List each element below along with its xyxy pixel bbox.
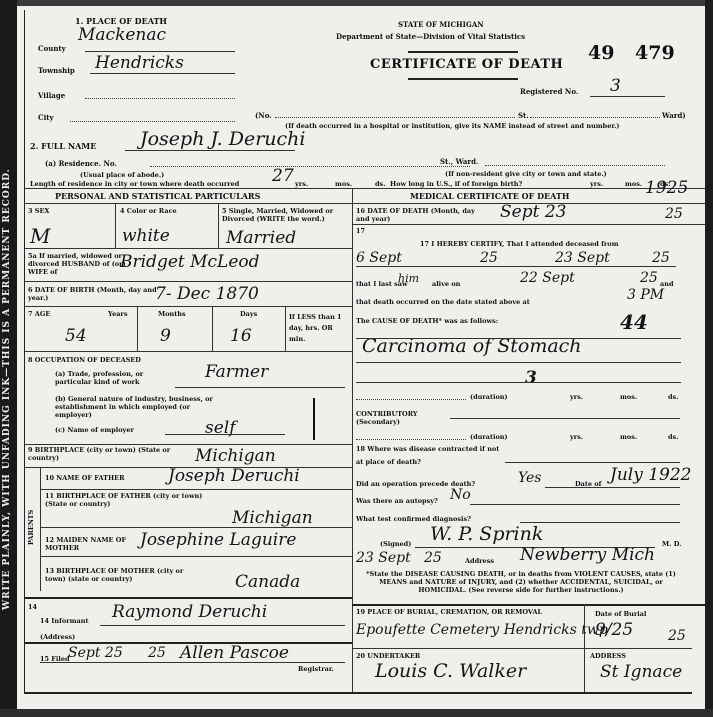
signed-year: 25 [424, 550, 442, 566]
st-ward-line [485, 165, 665, 166]
scan-border-top [0, 0, 713, 6]
street-line [275, 117, 515, 118]
father-name-label: 10 NAME OF FATHER [45, 474, 125, 482]
father-rule [40, 489, 352, 490]
signed-label: (Signed) [380, 540, 411, 548]
st-label: St. [518, 111, 529, 120]
ward-label: Ward) [662, 111, 686, 120]
birthplace-value: Michigan [195, 446, 276, 466]
operation-line [545, 487, 680, 488]
physician-address-label: Address [465, 557, 494, 565]
physician-signature: W. P. Sprink [430, 523, 543, 545]
attended-from: 6 Sept [356, 250, 402, 266]
cause-line-3 [356, 382, 681, 383]
burial-year: 25 [668, 628, 686, 644]
date-of-death-year: 25 [665, 206, 683, 222]
days-label: Days [240, 310, 257, 318]
registrar-signature: Allen Pascoe [180, 643, 289, 663]
industry-mark [313, 398, 315, 440]
filed-date: Sept 25 [68, 645, 123, 661]
personal-heading: PERSONAL AND STATISTICAL PARTICULARS [55, 191, 260, 201]
spouse-value: Bridget McLeod [120, 252, 260, 272]
undertaker-label: 20 UNDERTAKER [356, 652, 420, 660]
burial-top-rule [352, 604, 705, 606]
contrib-duration-label: (duration) [470, 433, 508, 441]
row-rule-5 [25, 444, 352, 445]
duration-yrs: yrs. [570, 393, 583, 401]
duration-label: (duration) [470, 393, 508, 401]
trade-value: Farmer [205, 362, 268, 382]
frame-bottom-rule [24, 692, 354, 694]
father-birthplace-value: Michigan [232, 508, 313, 528]
burial-label: 19 PLACE OF BURIAL, CREMATION, OR REMOVA… [356, 608, 586, 616]
county-label: County [38, 44, 66, 53]
employer-label: (c) Name of employer [55, 426, 134, 434]
informant-line [100, 625, 345, 626]
scan-border-bottom [0, 709, 713, 717]
birthplace-label: 9 BIRTHPLACE (city or town) (State or co… [28, 446, 183, 462]
operation-value: Yes [518, 470, 542, 486]
township-line [90, 73, 235, 74]
duration-mos: mos. [620, 393, 637, 401]
filed-line [40, 662, 345, 663]
cause-footnote: *State the DISEASE CAUSING DEATH, or in … [356, 570, 686, 594]
parents-divider [40, 467, 41, 591]
village-line [85, 98, 235, 99]
row-rule-3 [25, 306, 352, 307]
residence-label: (a) Residence. No. [45, 159, 117, 168]
marital-value: Married [226, 228, 296, 248]
row-rule-4 [25, 351, 352, 352]
operation-date-value: July 1922 [610, 465, 691, 485]
autopsy-line [470, 504, 680, 505]
employer-value: self [205, 418, 236, 438]
certificate-title: CERTIFICATE OF DEATH [370, 57, 563, 72]
age-days-value: 16 [230, 326, 252, 346]
city-label: City [38, 113, 54, 122]
years-label: Years [108, 310, 128, 318]
death-time-value: 3 PM [627, 287, 664, 303]
cause-line-2 [356, 362, 681, 363]
color-divider [218, 203, 219, 248]
last-saw-pronoun: him [398, 272, 419, 285]
department-heading: Department of State—Division of Vital St… [336, 32, 525, 41]
trade-line [175, 387, 345, 388]
contrib-ds: ds. [668, 433, 678, 441]
sex-label: 3 SEX [28, 207, 49, 215]
age-divider-1 [137, 306, 138, 351]
file-number-b: 479 [635, 42, 675, 64]
st-ward-label: St., Ward. [440, 157, 478, 166]
attended-to: 23 Sept [555, 250, 610, 266]
medical-year-note: 1925 [645, 178, 688, 198]
burial-place: Epoufette Cemetery Hendricks twp [356, 622, 608, 638]
contrib-duration-line [356, 439, 466, 440]
color-label: 4 Color or Race [120, 207, 177, 215]
father-bp-rule [40, 527, 352, 528]
length-mos-label: mos. [335, 180, 352, 188]
title-rule-top [408, 51, 518, 53]
test-label: What test confirmed diagnosis? [356, 515, 471, 523]
alive-on-label: alive on [432, 280, 460, 288]
mother-birthplace-label: 13 BIRTHPLACE OF MOTHER (city or town) (… [45, 567, 205, 583]
street-no-label: (No. [255, 111, 272, 120]
filed-year: 25 [148, 645, 166, 661]
foreign-birth-label: How long in U.S., if of foreign birth? [390, 180, 522, 188]
father-name-value: Joseph Deruchi [168, 466, 300, 486]
cause-label: The CAUSE OF DEATH* was as follows: [356, 317, 498, 325]
row-rule-1 [25, 248, 352, 249]
date-of-death-label: 16 DATE OF DEATH (Month, day and year) [356, 207, 476, 223]
township-label: Township [38, 66, 75, 75]
date-rule [352, 224, 705, 225]
date-of-death-value: Sept 23 [500, 202, 566, 222]
foreign-mos-label: mos. [625, 180, 642, 188]
duration-mark: 3 [525, 368, 537, 388]
length-ds-label: ds. [375, 180, 385, 188]
age-divider-2 [212, 306, 213, 351]
color-value: white [122, 226, 170, 246]
county-line [85, 51, 235, 52]
township-value: Hendricks [95, 53, 184, 73]
village-label: Village [38, 91, 65, 100]
burial-date: 9/25 [595, 620, 633, 640]
cause-line-1 [356, 338, 681, 339]
mother-birthplace-value: Canada [235, 572, 300, 592]
heading-rule [25, 203, 705, 204]
section-rule [25, 188, 705, 189]
city-line [70, 121, 235, 122]
signed-date: 23 Sept [356, 550, 411, 566]
duration-line [356, 399, 466, 400]
full-name-value: Joseph J. Deruchi [140, 128, 305, 150]
contributory-label: CONTRIBUTORY (Secondary) [356, 410, 436, 426]
certify-label: 17 I HEREBY CERTIFY, That I attended dec… [420, 240, 619, 248]
parents-bottom-rule [25, 597, 352, 599]
usual-abode-note: (Usual place of abode.) [80, 171, 164, 179]
informant-label: 14 Informant [40, 617, 88, 625]
dob-label: 6 DATE OF BIRTH (Month, day and year.) [28, 286, 158, 302]
cause-code-mark: 44 [620, 310, 648, 334]
contributory-line [450, 418, 680, 419]
last-saw-year: 25 [640, 270, 658, 286]
dob-value: 7- Dec 1870 [155, 284, 259, 304]
age-months-value: 9 [160, 326, 171, 346]
file-number-a: 49 [588, 42, 614, 64]
burial-rule [352, 648, 692, 649]
nonresident-note: (If non-resident give city or town and s… [445, 170, 607, 178]
contracted-line [505, 462, 680, 463]
undertaker-bottom-rule [352, 692, 692, 694]
marital-label: 5 Single, Married, Widowed or Divorced (… [222, 207, 350, 223]
industry-label: (b) General nature of industry, business… [55, 395, 225, 419]
less-than-day-label: If LESS than 1 day, hrs. OR min. [289, 312, 351, 345]
scan-border-right [705, 0, 713, 717]
undertaker-signature: Louis C. Walker [375, 660, 526, 682]
length-residence-years: 27 [272, 166, 294, 186]
ward-line [530, 117, 660, 118]
trade-label: (a) Trade, profession, or particular kin… [55, 370, 175, 386]
length-residence-label: Length of residence in city or town wher… [30, 180, 239, 188]
scan-border-left: WRITE PLAINLY, WITH UNFADING INK—THIS IS… [0, 0, 17, 717]
mother-rule [40, 556, 352, 557]
certify-number: 17 [356, 227, 365, 235]
death-certificate: WRITE PLAINLY, WITH UNFADING INK—THIS IS… [0, 0, 713, 717]
informant-address-label: (Address) [40, 633, 75, 641]
title-rule-bottom [408, 78, 518, 80]
row-rule-2 [25, 281, 352, 282]
test-line [520, 522, 680, 523]
informant-number: 14 [28, 603, 37, 611]
side-instruction: WRITE PLAINLY, WITH UNFADING INK—THIS IS… [2, 10, 12, 610]
registered-line [590, 96, 665, 97]
autopsy-value: No [450, 487, 471, 503]
contracted-label: 18 Where was disease contracted if not a… [356, 443, 506, 469]
undertaker-address: St Ignace [600, 662, 682, 682]
foreign-yrs-label: yrs. [590, 180, 603, 188]
state-heading: STATE OF MICHIGAN [398, 20, 484, 29]
parents-label: PARENTS [27, 510, 35, 545]
burial-divider [584, 604, 585, 694]
length-yrs-label: yrs. [295, 180, 308, 188]
autopsy-label: Was there an autopsy? [356, 497, 438, 505]
county-value: Mackenac [78, 25, 166, 45]
center-divider [352, 188, 353, 692]
last-saw-date: 22 Sept [520, 270, 575, 286]
employer-line [165, 434, 285, 435]
undertaker-address-label: ADDRESS [590, 652, 626, 660]
full-name-label: 2. FULL NAME [30, 141, 96, 151]
death-time-label: that death occurred on the date stated a… [356, 298, 530, 306]
physician-address: Newberry Mich [520, 545, 655, 565]
registrar-label: Registrar. [298, 665, 334, 673]
attended-to-year: 25 [652, 250, 670, 266]
spouse-label: 5a If married, widowed or divorced HUSBA… [28, 252, 128, 276]
occupation-heading: 8 OCCUPATION OF DECEASED [28, 356, 141, 364]
attended-from-year: 25 [480, 250, 498, 266]
sex-divider [115, 203, 116, 248]
contrib-mos: mos. [620, 433, 637, 441]
mother-name-label: 12 MAIDEN NAME OF MOTHER [45, 536, 145, 552]
months-label: Months [158, 310, 186, 318]
registered-label: Registered No. [520, 87, 578, 96]
sex-value: M [30, 224, 50, 248]
hospital-note: (If death occurred in a hospital or inst… [285, 122, 685, 131]
age-years-value: 54 [65, 326, 87, 346]
contrib-yrs: yrs. [570, 433, 583, 441]
mother-name-value: Josephine Laguire [140, 530, 296, 550]
full-name-line [125, 150, 295, 151]
attended-line [356, 266, 676, 267]
duration-ds: ds. [668, 393, 678, 401]
residence-line [150, 166, 470, 167]
md-label: M. D. [662, 540, 681, 548]
father-birthplace-label: 11 BIRTHPLACE OF FATHER (city or town) (… [45, 492, 205, 508]
informant-value: Raymond Deruchi [112, 602, 267, 622]
medical-heading: MEDICAL CERTIFICATE OF DEATH [410, 191, 569, 201]
burial-date-label: Date of Burial [595, 610, 646, 618]
registered-number: 3 [610, 76, 621, 96]
age-divider-3 [285, 306, 286, 351]
age-label: 7 AGE [28, 310, 50, 318]
